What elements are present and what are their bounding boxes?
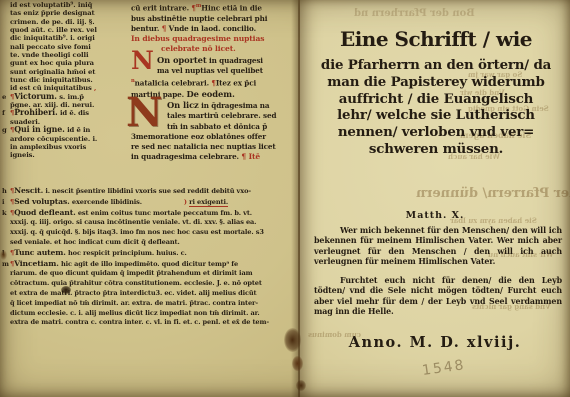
text-line: sed veniale. et hoc indicat cum dicit q̄… (2, 238, 297, 248)
margin-letter: h (2, 187, 10, 197)
margin-letter: i (2, 198, 10, 208)
showthrough-line: Bon der Pfarrhern nd (354, 8, 475, 19)
text-line: nali peccato sive fomi (2, 43, 130, 51)
text-line: dictum ecclesie. c. i. alij melius dicūt… (2, 309, 297, 319)
text-line: e¶Victorum. s. im.p̄ (2, 93, 130, 101)
left-page: id est voluptatib⁹. iniq̄tas eniz p̄prie… (0, 0, 298, 397)
text-line: cōtractum. quia p̄trahitur cōtra constit… (2, 279, 297, 289)
text-line: h¶Nescit. i. nescit p̄sentire libidini v… (2, 186, 297, 197)
text-line: tunc dic iniquitatibus. (2, 76, 130, 84)
left-page-commentary-block: h¶Nescit. i. nescit p̄sentire libidini v… (2, 186, 297, 328)
text-line: quod aūt. c. ille rex. vel (2, 26, 130, 34)
text-line: in quadragesima celebrare. ¶ Itē (131, 152, 297, 162)
text-line: cū erit intrare. ¶mHinc etiā in die (131, 1, 297, 14)
text-line: i¶Sed voluptas. exercende libidinis.) ri… (2, 197, 297, 208)
gutter-stain-3 (296, 380, 306, 391)
pencil-date-annotation: 1548 (421, 357, 466, 379)
text-line: q̄ licet impediat nō tm̄ dirimit. ar. ex… (2, 299, 297, 309)
scripture-reference: Matth. X. (300, 210, 570, 221)
text-line: celebrate nō licet. (131, 44, 297, 54)
text-line: l¶Tunc autem. hoc respicit principium. h… (2, 248, 297, 259)
title-line: man die Papisterey widerumb (306, 74, 566, 91)
text-line: te. vnde theoligi colli (2, 51, 130, 59)
text-line: igneis. (2, 151, 130, 159)
gutter-stain-1 (284, 328, 301, 352)
margin-letter: k (2, 209, 10, 219)
text-line: id est voluptatib⁹. iniq̄ (2, 1, 130, 9)
text-line: g¶Qui in igne. id ē in (2, 126, 130, 134)
text-line: bus abstinētie nuptie celebrari phi (131, 14, 297, 24)
margin-letter: f (2, 109, 10, 117)
book-photo: id est voluptatib⁹. iniq̄tas eniz p̄prie… (0, 0, 570, 397)
title-line: nennen/ verloben vnd ver= (306, 124, 566, 141)
edge-stain (0, 250, 7, 260)
title-line: schweren müssen. (306, 141, 566, 158)
imprint-year-line: Anno. M. D. xlviij. (300, 334, 570, 351)
ink-blot (61, 286, 71, 294)
text-line: nnatalicia celebrari. ¶Itez ex p̄ci (131, 76, 297, 89)
gutter-stain-2 (292, 356, 303, 371)
text-line: f¶Prohiberi. id ē. dis (2, 109, 130, 117)
text-line: xxxij. q. iiij. origo. si causa incōtine… (2, 218, 297, 228)
text-line: et extra de matri. p̄tracto p̄tra interd… (2, 289, 297, 299)
margin-letter: m (2, 260, 10, 270)
title-line: die Pfarherrn an den örtern/ da (306, 57, 566, 74)
text-line: in amplexibus vxoris (2, 143, 130, 151)
title-line: Eine Schrifft / wie (306, 24, 566, 54)
text-line: ardore cōcupiscentie. i. (2, 135, 130, 143)
scripture-verse-2: Furchtet euch nicht für denen/ die den L… (314, 276, 562, 317)
text-line: bentur. ¶ Vnde in laod. concilio. (131, 24, 297, 34)
text-line: extra de matri. contra c. contra inter. … (2, 318, 297, 328)
scripture-verse-1: Wer mich bekennet für den Menschen/ den … (314, 226, 562, 267)
left-page-column-2: N N cū erit intrare. ¶mHinc etiā in dieb… (131, 1, 297, 163)
text-line: m¶Vincetiam. hic agit de illo impedimēto… (2, 259, 297, 270)
title-block: Eine Schrifft / wiedie Pfarherrn an den … (306, 24, 566, 158)
text-line: crimen. de pe. di. iij. §. (2, 18, 130, 26)
text-line: tas eniz p̄prie designat (2, 9, 130, 17)
margin-letter: e (2, 93, 10, 101)
text-line: riarum. de quo dicunt quidam q̄ impedit … (2, 269, 297, 279)
text-line: On oportet in quadragesi (131, 55, 297, 66)
text-line: k¶Quod defleant. est enim coitus tunc mo… (2, 208, 297, 219)
text-line: gunt ex hoc quia plura (2, 59, 130, 67)
text-line: xxxij. q. q̄ quicq̄d. §. bijs itaq3. imo… (2, 228, 297, 238)
margin-letter: g (2, 126, 10, 134)
text-line: In diebus quadragesime nuptias (131, 34, 297, 44)
right-page-title-page: Bon der Pfarrhern ndSo gar war jmVnd die… (300, 0, 570, 397)
dropcap-initial-1: N (131, 48, 154, 73)
text-line: ma vel nuptias vel quelibet (131, 66, 297, 76)
text-line: re sed nec natalicia nec nuptias licet (131, 142, 297, 152)
left-page-column-1: id est voluptatib⁹. iniq̄tas eniz p̄prie… (2, 1, 130, 160)
text-line: dic iniquitatib⁹. i. origi (2, 34, 130, 42)
title-line: auffricht / die Euangelisch (306, 91, 566, 108)
dropcap-initial-2: N (126, 93, 162, 133)
title-line: lehr/ welche sie Lutherisch (306, 107, 566, 124)
text-line: sunt originalia hm̄oi et (2, 68, 130, 76)
showthrough-line: Antwort der Pfarrern/ dünnern (416, 186, 570, 201)
